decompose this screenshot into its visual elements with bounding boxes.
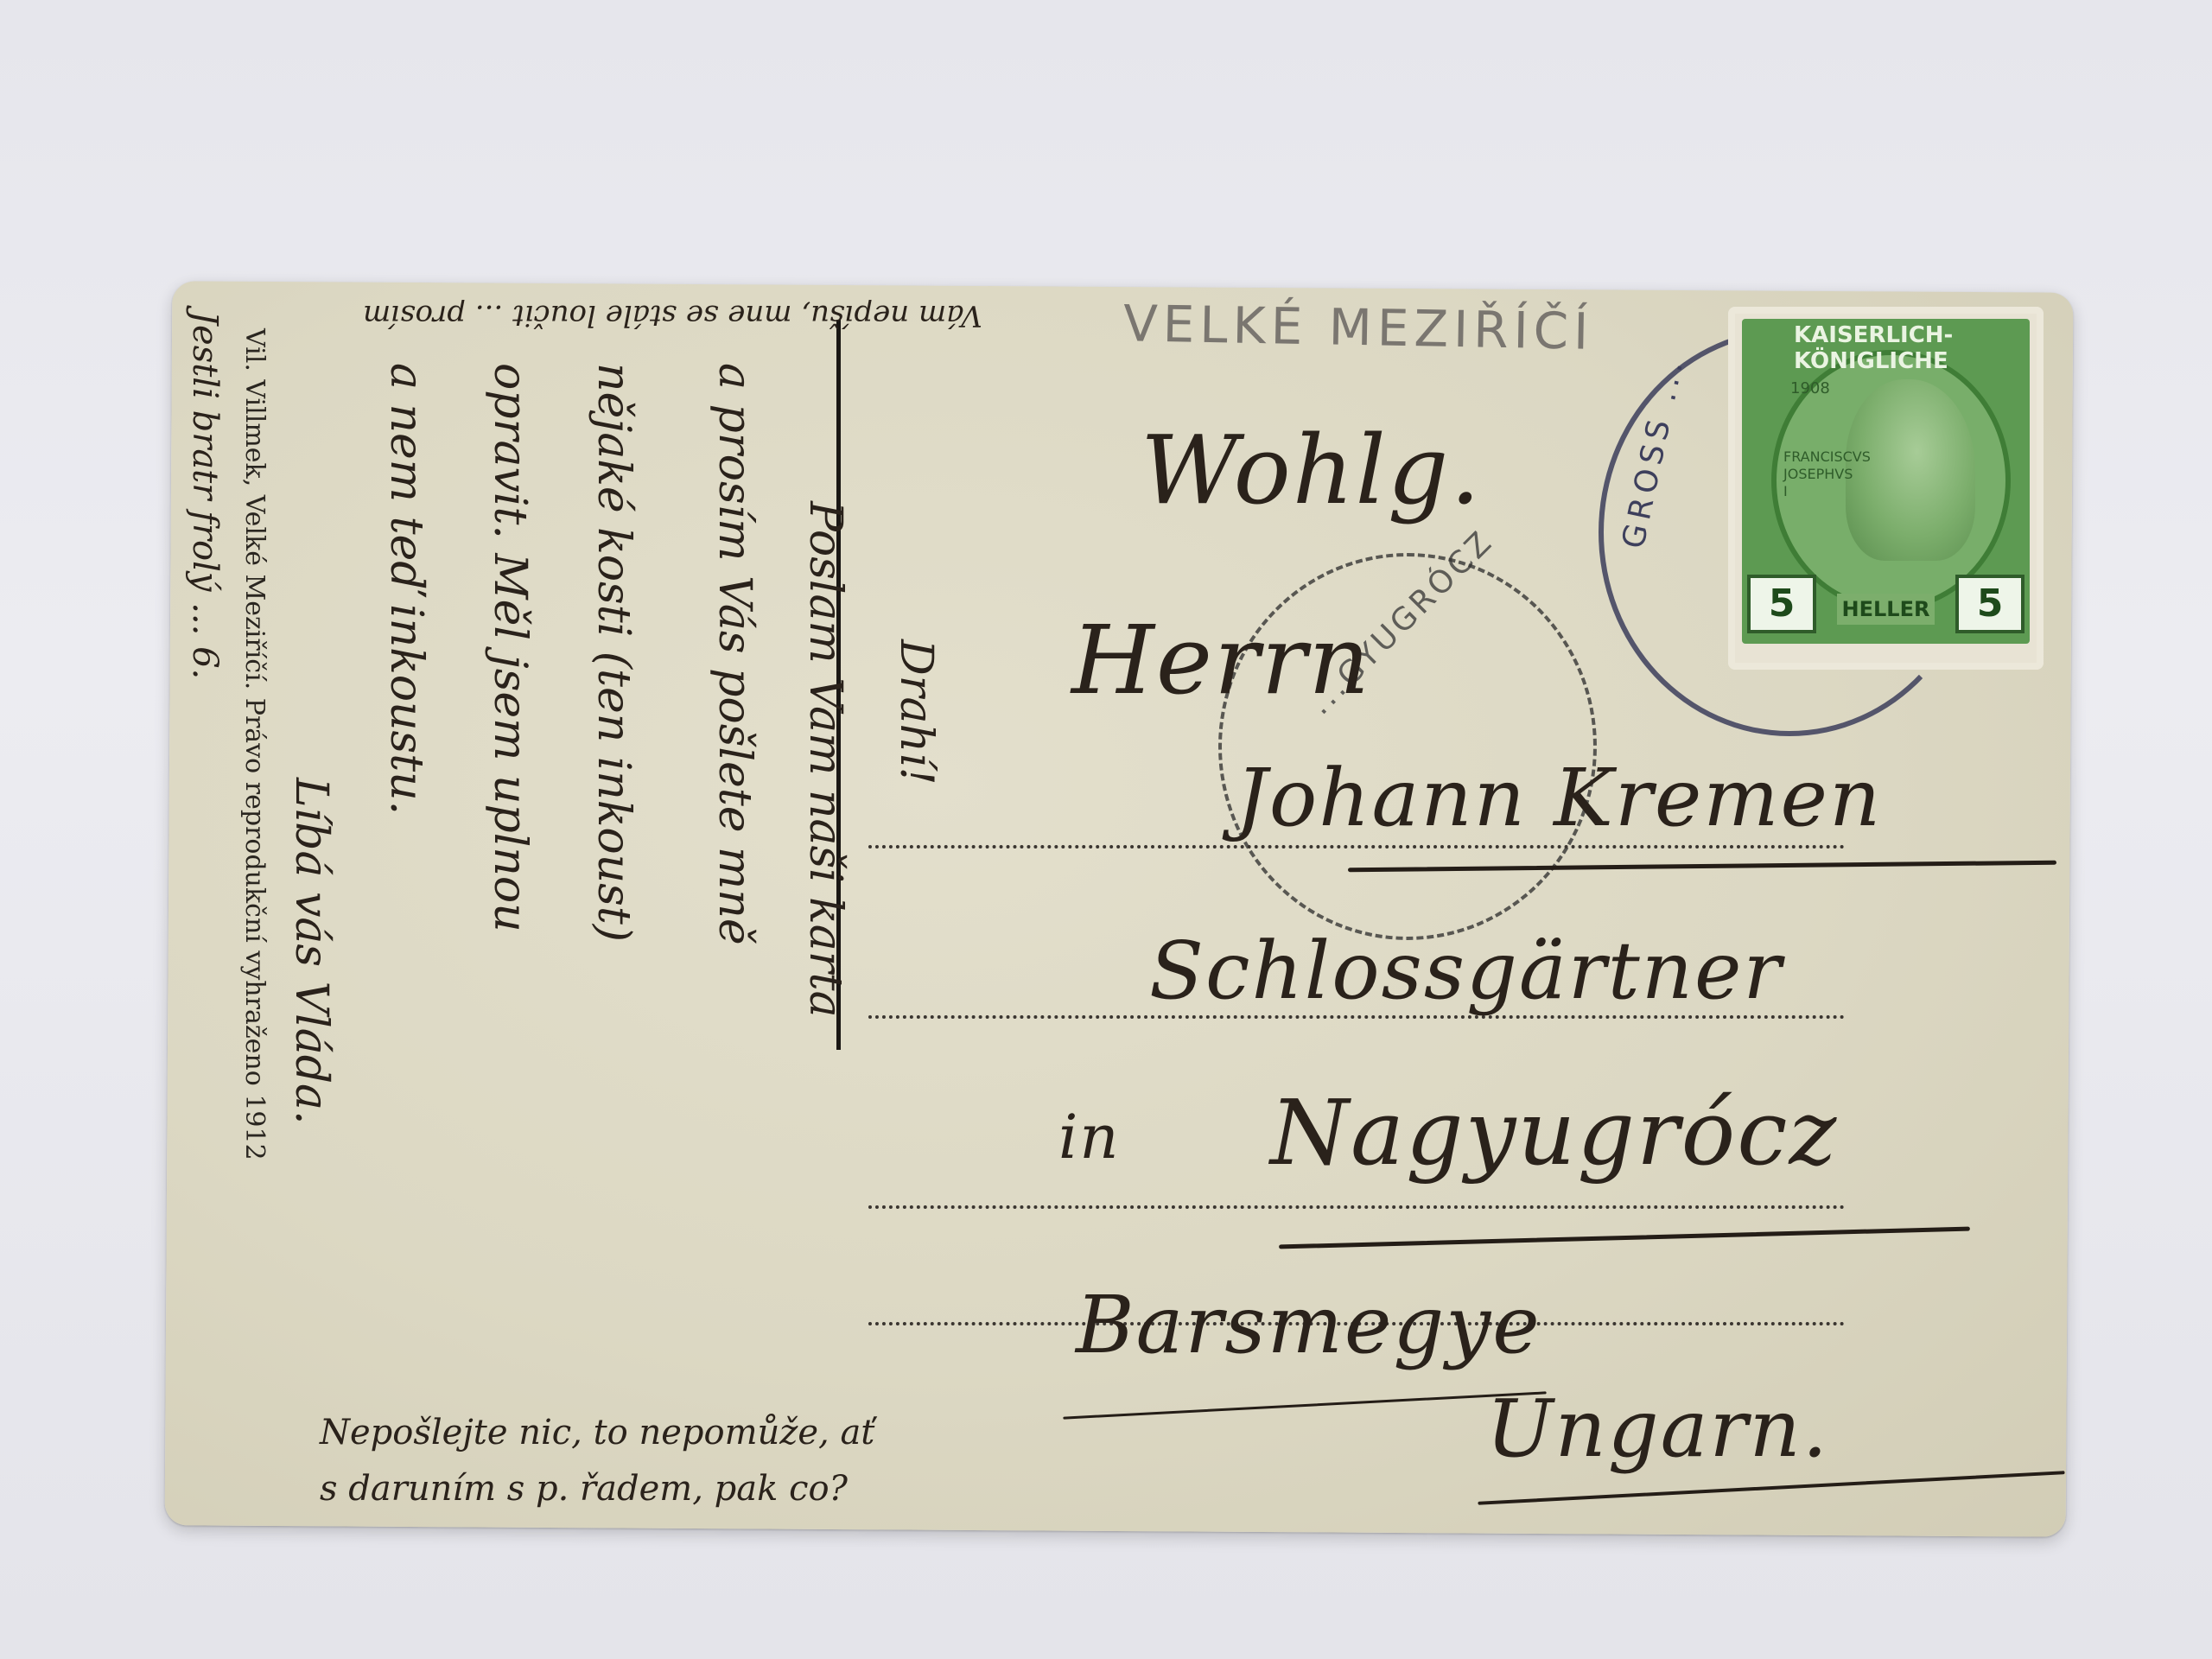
address-in: in [1058, 1102, 1120, 1173]
stamp-denomination: HELLER [1837, 594, 1935, 625]
address-salutation: Wohlg. [1141, 415, 1482, 525]
address-country: Ungarn. [1486, 1382, 1829, 1475]
stamp-value-left: 5 [1747, 575, 1816, 633]
stamp-value-right: 5 [1955, 575, 2024, 633]
address-dotted-line [868, 845, 1845, 849]
stamp-arc-top: KAISERLICH-KÖNIGLICHE [1794, 322, 2030, 374]
address-title: Herrn [1071, 605, 1371, 715]
message-signature: Líbá vás Vláda. [285, 778, 337, 1125]
address-dotted-line [868, 1205, 1845, 1209]
postscript-line-2: s daruním s p. řadem, pak co? [320, 1469, 848, 1509]
postscript-line-1: Nepošlejte nic, to nepomůže, ať [320, 1413, 874, 1452]
stamp-year: 1908 [1790, 379, 1830, 397]
message-salutation: Drahí! [890, 639, 942, 785]
message-line: a prosím Vás pošlete mně [709, 363, 760, 945]
address-occupation: Schlossgärtner [1149, 925, 1783, 1017]
publisher-imprint: Vil. Villmek, Velké Meziříčí. Právo repr… [239, 328, 270, 1160]
postage-stamp: KAISERLICH-KÖNIGLICHE 1908 FRANCISCVS JO… [1728, 307, 2044, 670]
message-line: nějaké kosti (ten inkoust) [588, 363, 639, 942]
stamp-face: KAISERLICH-KÖNIGLICHE 1908 FRANCISCVS JO… [1742, 319, 2030, 644]
emperor-portrait-icon [1846, 379, 1975, 561]
pencil-place-note: VELKÉ MEZIŘÍČÍ [1122, 294, 1593, 360]
message-line: Poslam Vam naši karta [799, 501, 851, 1018]
message-corner-note: Jestli bratr frolý ... 6. [185, 311, 225, 679]
stamp-portrait-name: FRANCISCVS JOSEPHVS I [1783, 448, 1835, 500]
address-town: Nagyugrócz [1270, 1080, 1838, 1185]
address-county: Barsmegye [1076, 1279, 1541, 1371]
message-line: a nem teď inkoustu. [380, 363, 432, 815]
message-line: opravit. Měl jsem uplnou [484, 363, 536, 932]
message-upside-down-line: Vám nepíšu, mne se stále loučit ... pros… [363, 298, 982, 333]
address-recipient-name: Johann Kremen [1236, 752, 1882, 844]
